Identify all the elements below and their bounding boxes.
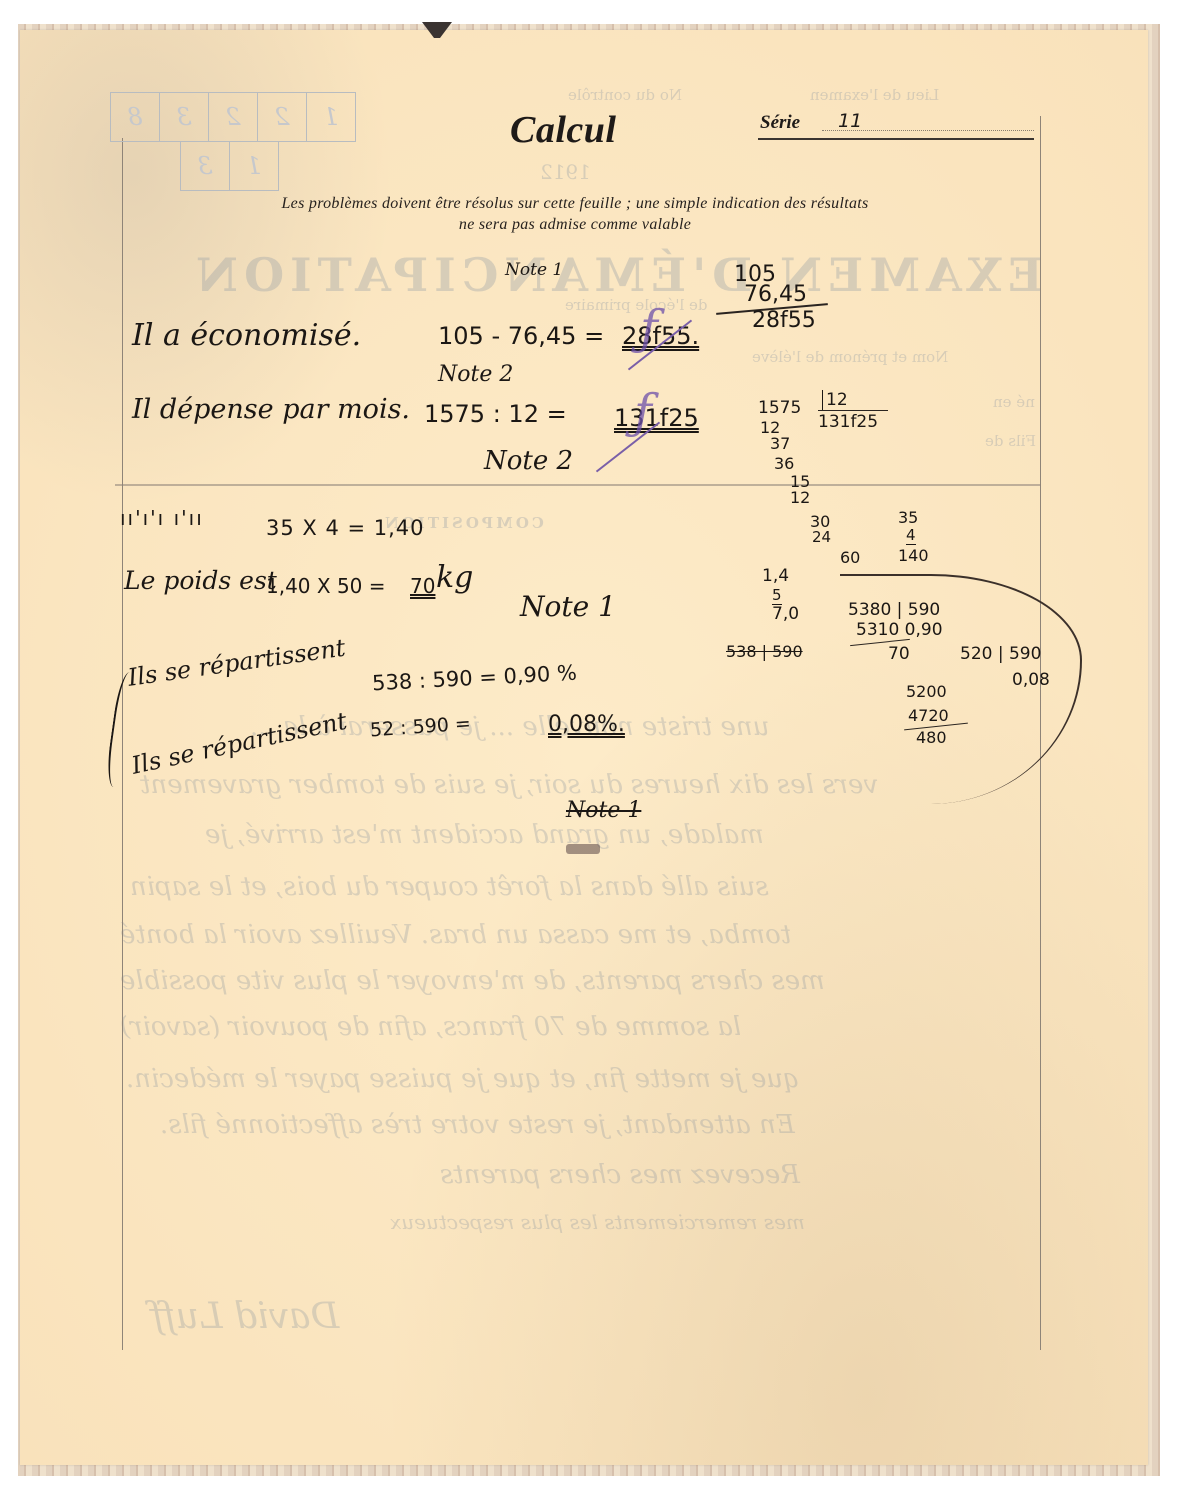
scratch-div-divisor: 12	[822, 390, 848, 410]
q2-equation: 1575 : 12 =	[424, 400, 567, 428]
scratch-div-line	[818, 410, 888, 411]
letter-line: mes chers parents, de m'envoyer le plus …	[120, 966, 825, 996]
show-through-ne: né en	[993, 393, 1035, 411]
score-cell: 2	[208, 92, 258, 142]
scratch-mul2: 5	[772, 586, 782, 605]
letter-line: Recevez mes chers parents	[440, 1160, 800, 1190]
q2-note: Note 2	[438, 362, 513, 387]
letter-line: malade, un grand accident m'est arrivé, …	[205, 820, 764, 850]
scratch-mul1: 4	[906, 526, 916, 545]
q3-text: Le poids est	[124, 566, 277, 595]
scratch-div-step: 36	[774, 454, 794, 473]
q3-note: Note 1	[520, 590, 616, 623]
q1-equation: 105 - 76,45 =	[438, 322, 604, 350]
show-through-lieu: Lieu de l'examen	[810, 86, 939, 104]
serie-field: Série 11	[758, 108, 1034, 140]
q3-tally: ıı'ı'ı ı'ıı	[120, 506, 204, 530]
q2-result: 131f25	[614, 404, 699, 432]
q3-unit: kg	[436, 560, 473, 595]
letter-line: la somme de 70 francs, afin de pouvoir (…	[120, 1012, 741, 1042]
q3-result: 70	[410, 574, 435, 598]
grader-check-mark: ƒ	[640, 300, 658, 356]
show-through-controle: No du contrôle	[568, 86, 682, 104]
serie-value: 11	[838, 110, 862, 132]
q2-note-after: Note 2	[484, 446, 573, 476]
q4-line2-result: 0,08%.	[548, 712, 625, 737]
scratch-struck-division: 538 | 590	[726, 642, 803, 661]
letter-line: En attendant, je reste votre très affect…	[160, 1110, 795, 1140]
serie-label: Série	[760, 112, 800, 134]
scratch-mul1: 35	[898, 508, 918, 527]
letter-line: que je mette fin, et que je puisse payer…	[126, 1064, 800, 1094]
instructions-line-1: Les problèmes doivent être résolus sur c…	[150, 193, 1000, 214]
score-cell: 1	[306, 92, 356, 142]
q3-equation2: 1,40 X 50 =	[266, 574, 386, 598]
scratch-div-step: 24	[812, 528, 831, 546]
letter-line: suis allé dans la forêt couper du bois, …	[130, 872, 769, 902]
q1-note: Note 1	[505, 260, 563, 280]
instructions-line-2: ne sera pas admise comme valable	[150, 214, 1000, 235]
show-through-fils: Fils de	[985, 432, 1036, 450]
section-divider	[115, 484, 1041, 486]
q2-text: Il dépense par mois.	[132, 394, 410, 425]
show-through-signature: David Luff	[150, 1296, 339, 1337]
show-through-ecole: de l'école primaire	[565, 296, 708, 314]
letter-line: tomba, et me cassa un bras. Veuillez avo…	[120, 920, 791, 950]
scratch-mul2: 7,0	[772, 604, 799, 624]
show-through-year: 1912	[540, 160, 591, 184]
page-title: Calcul	[510, 108, 616, 152]
q3-equation: 35 X 4 = 1,40	[266, 516, 425, 540]
scratch-div-step: 60	[840, 548, 860, 567]
score-cell: 3	[159, 92, 209, 142]
scratch-div-quotient: 131f25	[818, 412, 878, 432]
instructions: Les problèmes doivent être résolus sur c…	[150, 193, 1000, 235]
grader-check-mark: ƒ	[634, 384, 652, 440]
scratch-mul2: 1,4	[762, 566, 789, 586]
score-cell: 3	[180, 141, 230, 191]
q4-note-struck: Note 1	[566, 798, 641, 823]
score-cell: 1	[229, 141, 279, 191]
letter-line: mes remerciements les plus respectueux	[390, 1210, 805, 1234]
score-cell: 8	[110, 92, 160, 142]
scratch-sub-result: 28f55	[752, 308, 816, 333]
q1-text: Il a économisé.	[132, 318, 361, 353]
scratch-div-dividend: 1575	[758, 398, 801, 418]
show-through-header: EXAMEN D'ÉMANCIPATION	[190, 248, 1043, 302]
scratch-mul1: 140	[898, 546, 929, 565]
score-cell: 2	[257, 92, 307, 142]
scratch-div-step: 12	[790, 488, 810, 507]
letter-line: vers les dix heures du soir, je suis de …	[140, 770, 878, 800]
show-through-nom: Nom et prénom de l'élève	[752, 348, 948, 366]
scratch-sub-middle: 76,45	[744, 282, 807, 307]
scratch-div-step: 37	[770, 434, 790, 453]
ink-smudge	[566, 844, 600, 854]
